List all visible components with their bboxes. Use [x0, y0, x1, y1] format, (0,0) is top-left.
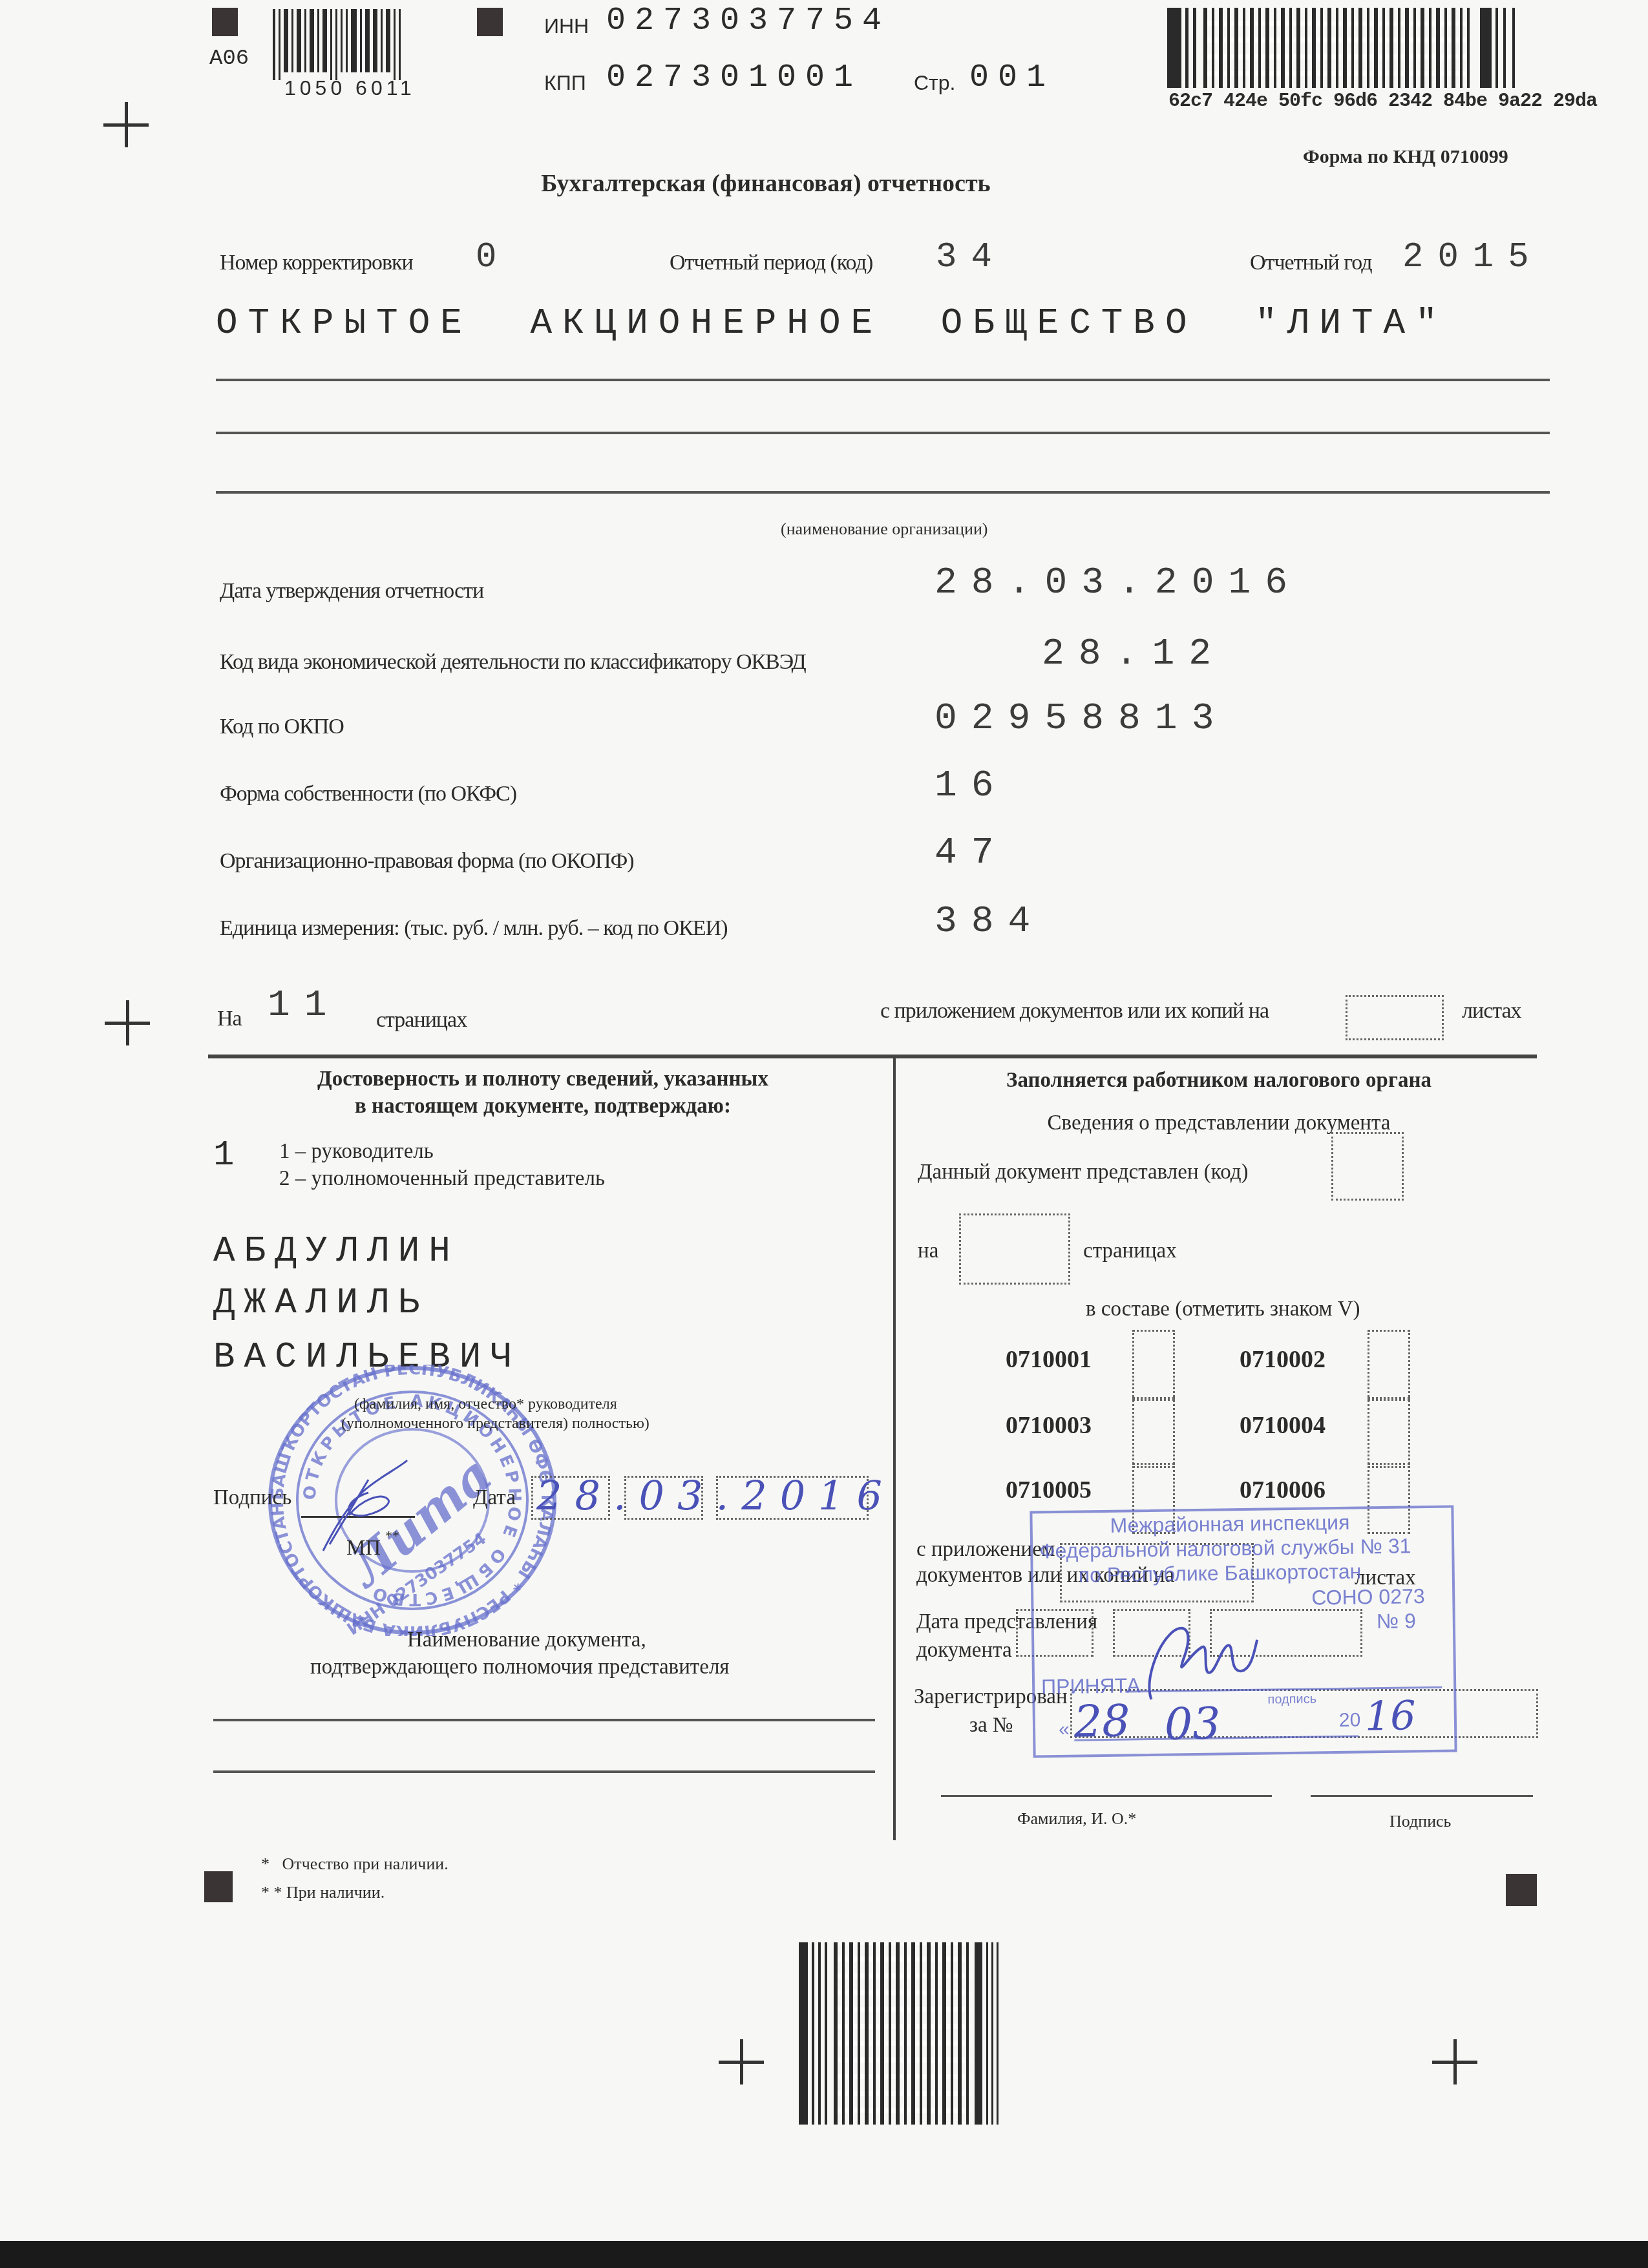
field-value-approval-date: 28.03.2016 — [935, 562, 1302, 604]
field-label-okfs: Форма собственности (по ОКФС) — [220, 782, 516, 806]
page-value: 001 — [969, 59, 1055, 96]
registration-marker-square — [477, 8, 503, 36]
correction-value: 0 — [476, 238, 511, 277]
form-code-0710005: 0710005 — [1006, 1476, 1092, 1504]
org-name-line-1 — [216, 379, 1550, 381]
checkbox-0710001[interactable] — [1132, 1330, 1175, 1401]
name-caption-line2: (уполномоченного представителя) полность… — [341, 1415, 650, 1433]
signer-code: 1 — [213, 1136, 234, 1175]
field-value-okei: 384 — [935, 901, 1044, 943]
attachments-sheets-input[interactable] — [1346, 995, 1444, 1040]
field-label-okopf: Организационно-правовая форма (по ОКОПФ) — [220, 849, 634, 874]
org-name-line-3 — [216, 491, 1550, 494]
field-value-okopf: 47 — [935, 832, 1008, 874]
submitted-code-label: Данный документ представлен (код) — [918, 1160, 1248, 1184]
field-value-okfs: 16 — [935, 765, 1008, 807]
tax-officer-signature-line[interactable] — [1311, 1795, 1533, 1797]
field-value-okved: 28.12 — [1042, 633, 1225, 675]
column-divider — [893, 1057, 896, 1840]
form-code-0710002: 0710002 — [1240, 1345, 1326, 1374]
seal-label: МП — [346, 1537, 381, 1560]
authority-doc-line-1[interactable] — [213, 1719, 875, 1721]
confirmation-heading-line2: в настоящем документе, подтверждаю: — [194, 1095, 892, 1118]
signer-surname: АБДУЛЛИН — [213, 1230, 460, 1272]
handwritten-date: 28.03.2016 — [536, 1472, 895, 1519]
date-label: Дата — [473, 1486, 516, 1510]
tax-office-heading: Заполняется работником налогового органа — [896, 1069, 1542, 1093]
pdf417-barcode-bottom — [834, 1942, 971, 2125]
confirmation-heading-line1: Достоверность и полноту сведений, указан… — [194, 1067, 892, 1091]
tax-pages-label: страницах — [1083, 1239, 1177, 1263]
period-value: 34 — [936, 238, 1006, 277]
signature-label: Подпись — [213, 1486, 291, 1510]
sheets-label: листах — [1462, 999, 1521, 1024]
year-label: Отчетный год — [1250, 251, 1372, 275]
submission-date-line2: документа — [916, 1639, 1012, 1663]
authority-doc-caption-line2: подтверждающего полномочия представителя — [310, 1655, 730, 1679]
tax-officer-name-line[interactable] — [941, 1795, 1272, 1797]
period-label: Отчетный период (код) — [670, 251, 872, 275]
org-name-line-2 — [216, 432, 1550, 434]
name-caption-line1: (фамилия, имя, отчество* руководителя — [354, 1396, 617, 1413]
section-divider — [208, 1055, 1537, 1058]
organization-caption: (наименование организации) — [781, 520, 988, 539]
tax-pages-input[interactable] — [959, 1213, 1070, 1285]
pages-on-label: На — [217, 1007, 242, 1031]
field-value-okpo: 02958813 — [935, 698, 1228, 740]
attachments-label: с приложением документов или их копий на — [880, 999, 1269, 1024]
submitted-code-input[interactable] — [1331, 1132, 1404, 1201]
pdf417-barcode — [1203, 8, 1470, 88]
registered-line2: за № — [969, 1714, 1013, 1738]
field-label-okpo: Код по ОКПО — [220, 715, 344, 739]
form-code-0710001: 0710001 — [1006, 1345, 1092, 1374]
form-code-0710004: 0710004 — [1240, 1411, 1326, 1440]
alignment-crosshair — [719, 2039, 748, 2075]
inn-label: ИНН — [544, 14, 589, 38]
pdf417-hash: 62c7 424e 50fc 96d6 2342 84be 9a22 29da — [1168, 90, 1597, 112]
pages-label: страницах — [376, 1008, 467, 1033]
checkbox-0710004[interactable] — [1368, 1397, 1410, 1468]
alignment-crosshair — [1432, 2039, 1462, 2075]
signer-option-2: 2 – уполномоченный представитель — [279, 1167, 605, 1191]
registration-marker-square — [1506, 1874, 1537, 1906]
form-code-0710003: 0710003 — [1006, 1411, 1092, 1440]
checkbox-0710003[interactable] — [1132, 1397, 1175, 1468]
organization-name: ОТКРЫТОЕ АКЦИОНЕРНОЕ ОБЩЕСТВО "ЛИТА" — [216, 302, 1448, 344]
signer-first-name: ДЖАЛИЛЬ — [213, 1282, 428, 1323]
scan-edge-shadow — [0, 2241, 1648, 2268]
checkbox-0710002[interactable] — [1368, 1330, 1410, 1401]
field-label-approval-date: Дата утверждения отчетности — [220, 579, 483, 604]
field-label-okved: Код вида экономической деятельности по к… — [220, 650, 806, 675]
footnote-2: * * При наличии. — [206, 1883, 385, 1902]
barcode-prefix: A06 — [209, 47, 249, 71]
registration-marker-square — [212, 8, 238, 36]
submission-info-heading: Сведения о представлении документа — [896, 1111, 1542, 1135]
kpp-value: 027301001 — [606, 59, 862, 96]
correction-label: Номер корректировки — [220, 251, 413, 275]
pdf417-barcode-start — [1167, 8, 1181, 88]
signer-option-1: 1 – руководитель — [279, 1140, 434, 1164]
document-title: Бухгалтерская (финансовая) отчетность — [0, 169, 1648, 198]
field-label-okei: Единица измерения: (тыс. руб. / млн. руб… — [220, 916, 727, 941]
page-label: Стр. — [914, 71, 955, 95]
seal-note-mark: ** — [385, 1528, 399, 1544]
tax-pages-on-label: на — [918, 1239, 938, 1263]
form-code-0710006: 0710006 — [1240, 1476, 1326, 1504]
footnote-1: * Отчество при наличии. — [206, 1854, 449, 1874]
tax-officer-name-caption: Фамилия, И. О.* — [1017, 1809, 1136, 1829]
tax-officer-signature-caption: Подпись — [1389, 1812, 1451, 1831]
alignment-crosshair — [105, 1000, 150, 1045]
tax-office-stamp: Межрайонная инспекция Федеральной налого… — [1030, 1505, 1457, 1758]
inn-value: 0273037754 — [606, 3, 891, 39]
barcode-number: 1050 6011 — [284, 76, 416, 100]
year-value: 2015 — [1402, 238, 1543, 277]
composition-label: в составе (отметить знаком V) — [1086, 1297, 1360, 1321]
linear-barcode — [273, 9, 404, 80]
form-code: Форма по КНД 0710099 — [1303, 146, 1508, 168]
kpp-label: КПП — [544, 71, 586, 95]
pdf417-bottom-start — [799, 1942, 808, 2125]
alignment-crosshair — [103, 102, 149, 147]
pages-count: 11 — [268, 985, 341, 1027]
authority-doc-line-2[interactable] — [213, 1770, 875, 1773]
authority-doc-caption-line1: Наименование документа, — [407, 1628, 646, 1652]
